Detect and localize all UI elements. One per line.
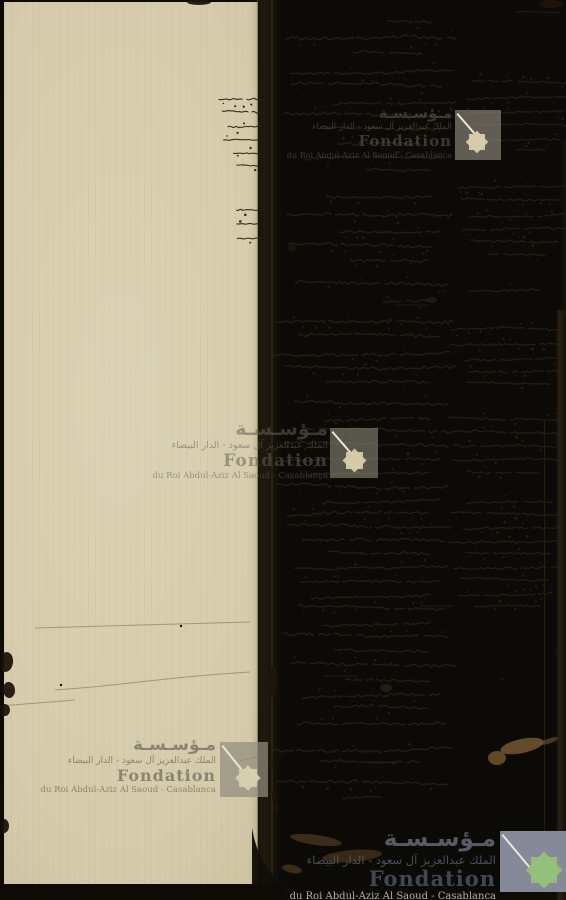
scan-edge-bottom-right	[285, 893, 566, 900]
fold-crease-line	[271, 0, 273, 893]
scan-edge-left	[0, 0, 4, 900]
foundation-logo-icon	[330, 428, 378, 478]
scan-edge-bottom-left	[0, 884, 285, 900]
foundation-logo-icon	[455, 110, 501, 160]
foundation-logo-icon	[220, 742, 268, 797]
right-crease-line	[544, 420, 545, 893]
right-page-manuscript	[258, 0, 566, 893]
scanned-manuscript-page: مـؤسـسـة الملك عبدالعزيز آل سعود - الدار…	[0, 0, 566, 900]
scan-edge-right-upper	[561, 140, 566, 315]
scan-edge-right	[556, 310, 566, 900]
foundation-logo-icon	[500, 831, 566, 892]
